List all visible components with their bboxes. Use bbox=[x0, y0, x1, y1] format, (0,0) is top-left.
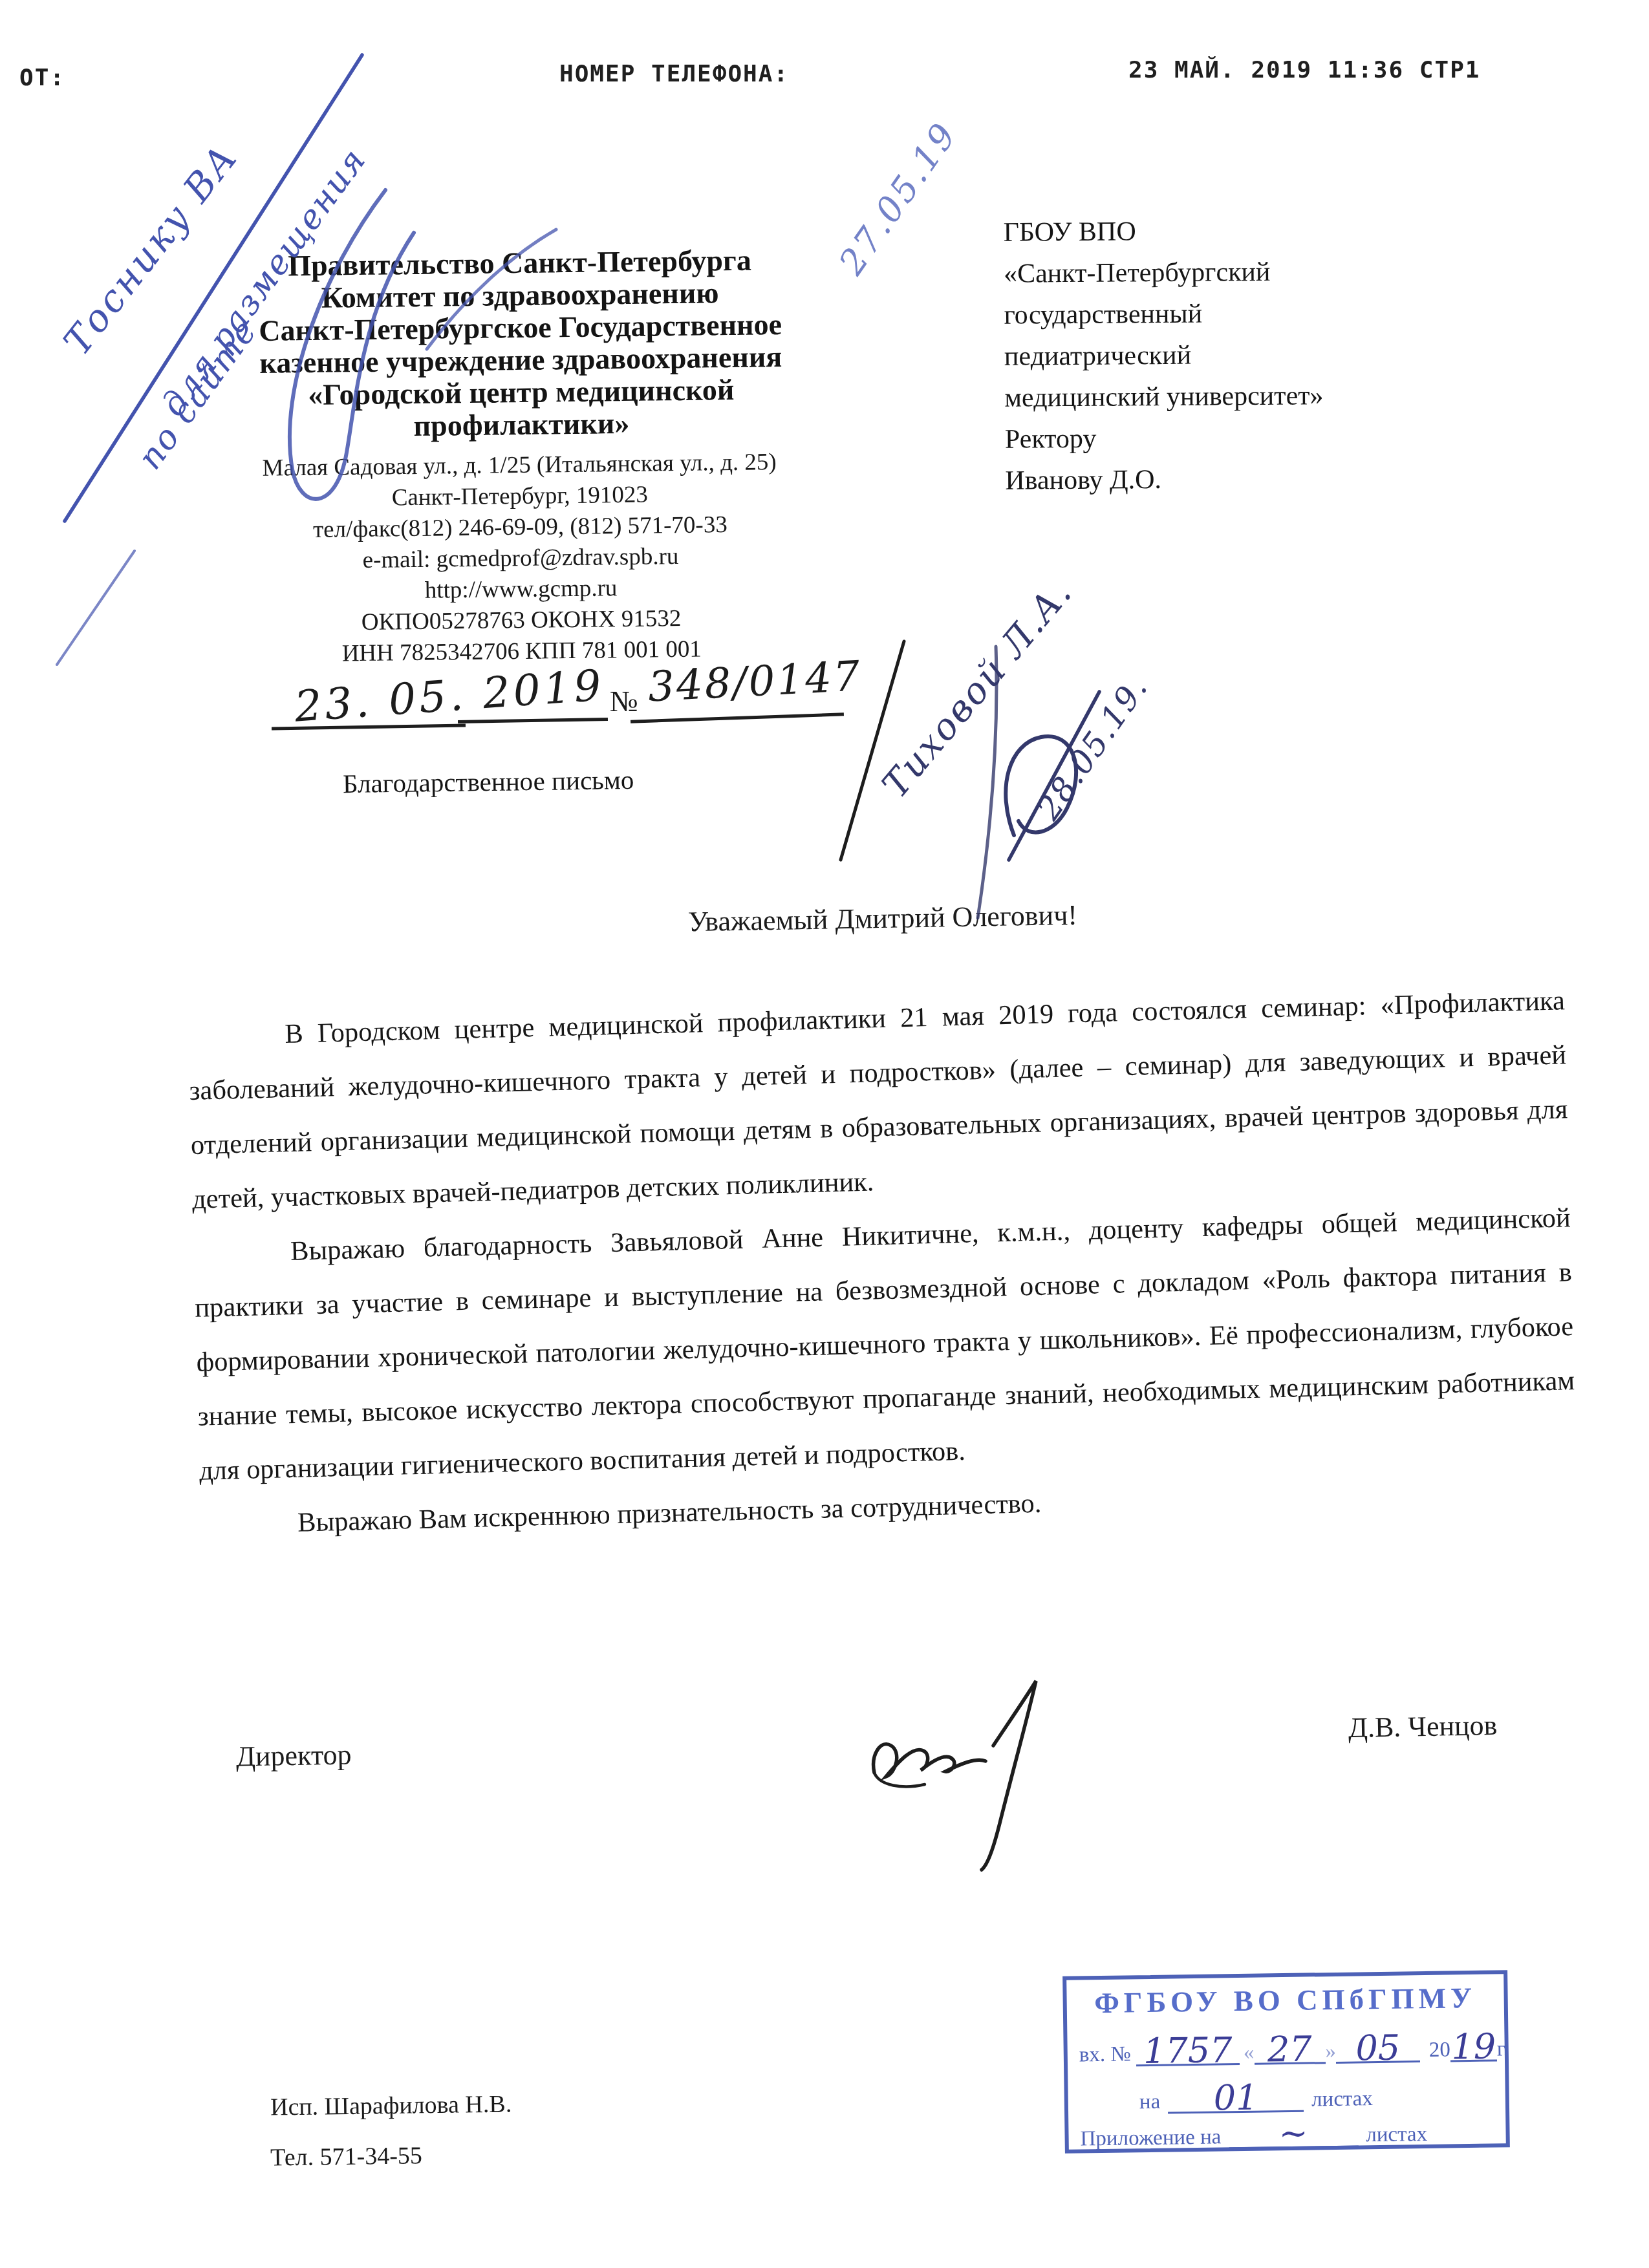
director-signature bbox=[874, 1744, 986, 1777]
pen-diagonal-stroke bbox=[57, 551, 135, 665]
director-signature-underline bbox=[874, 1773, 925, 1786]
pen-diagonal-stroke bbox=[65, 55, 362, 521]
assignee-signature-slash bbox=[1009, 692, 1099, 860]
assignee-signature-tail bbox=[978, 647, 997, 918]
director-signature-tail bbox=[982, 1681, 1036, 1870]
number-flourish-stroke bbox=[841, 641, 904, 860]
pen-flourish bbox=[427, 230, 556, 349]
scanned-fax-letter: ОТ: НОМЕР ТЕЛЕФОНА: 23 МАЙ. 2019 11:36 С… bbox=[0, 0, 1649, 2268]
pen-loop-flourish bbox=[290, 190, 414, 499]
pen-strokes-overlay bbox=[0, 0, 1649, 2268]
